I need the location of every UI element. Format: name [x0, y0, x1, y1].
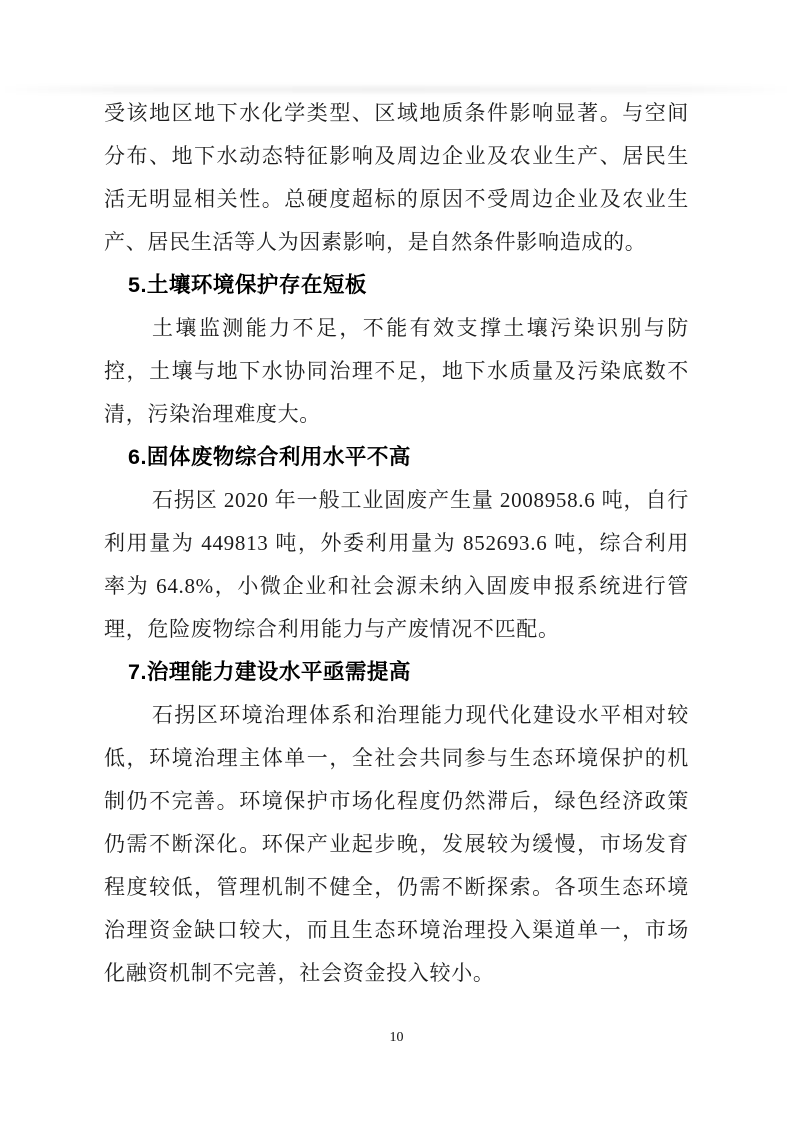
paragraph-section-6-solid-waste: 石拐区 2020 年一般工业固废产生量 2008958.6 吨，自行利用量为 4… [104, 479, 689, 651]
heading-section-5-soil-protection: 5.土壤环境保护存在短板 [104, 264, 689, 307]
paragraph-section-7-governance-capacity: 石拐区环境治理体系和治理能力现代化建设水平相对较低，环境治理主体单一，全社会共同… [104, 694, 689, 995]
document-body: 受该地区地下水化学类型、区域地质条件影响显著。与空间分布、地下水动态特征影响及周… [104, 92, 689, 995]
page-number: 10 [0, 1028, 793, 1048]
heading-section-6-solid-waste: 6.固体废物综合利用水平不高 [104, 436, 689, 479]
heading-section-7-governance-capacity: 7.治理能力建设水平亟需提高 [104, 651, 689, 694]
paragraph-section-5-soil-protection: 土壤监测能力不足，不能有效支撑土壤污染识别与防控，土壤与地下水协同治理不足，地下… [104, 307, 689, 436]
paragraph-groundwater-continuation: 受该地区地下水化学类型、区域地质条件影响显著。与空间分布、地下水动态特征影响及周… [104, 92, 689, 264]
document-page: 受该地区地下水化学类型、区域地质条件影响显著。与空间分布、地下水动态特征影响及周… [0, 0, 793, 1122]
